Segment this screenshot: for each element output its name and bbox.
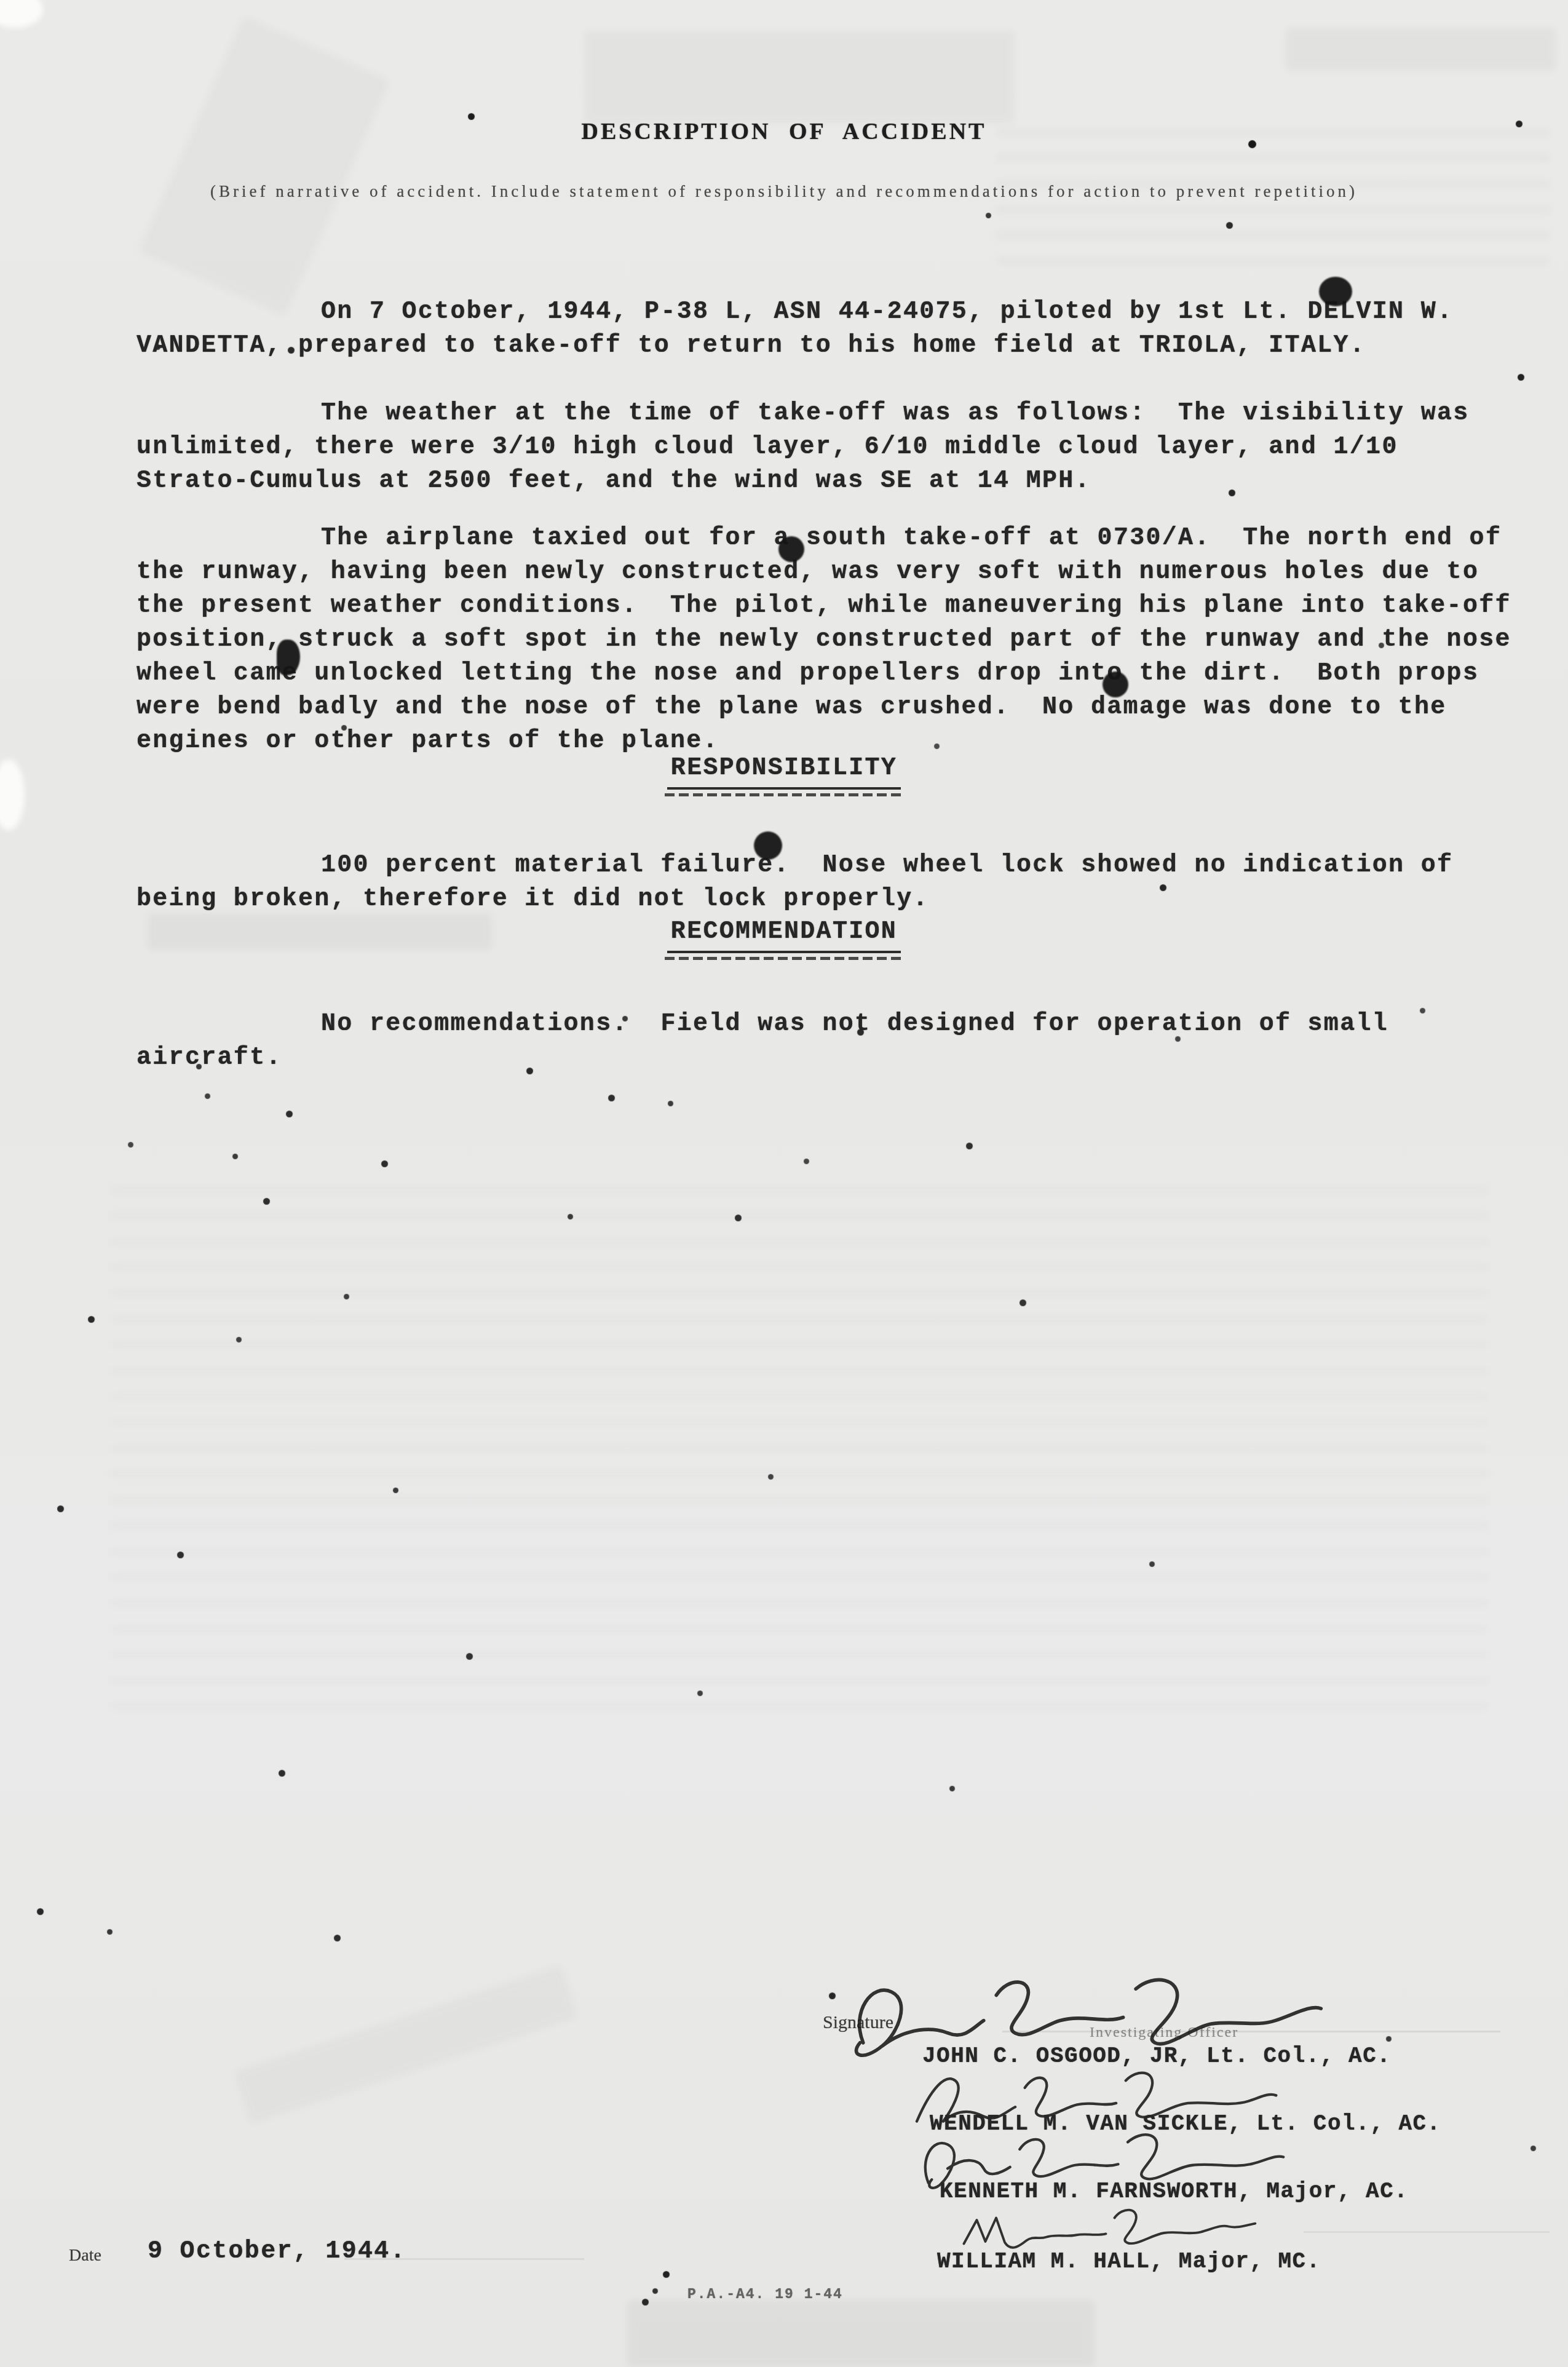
- responsibility-heading-text: RESPONSIBILITY: [667, 751, 901, 790]
- narrative-paragraph-1: On 7 October, 1944, P-38 L, ASN 44-24075…: [137, 295, 1517, 363]
- typed-name-farnsworth: KENNETH M. FARNSWORTH, Major, AC.: [940, 2178, 1408, 2205]
- dust-specks: [0, 0, 4, 4]
- typed-name-osgood: JOHN C. OSGOOD, JR, Lt. Col., AC.: [922, 2043, 1391, 2070]
- signature-rule: [1304, 2231, 1550, 2233]
- recommendation-heading-text: RECOMMENDATION: [667, 915, 901, 953]
- typed-name-van-sickle: WENDELL M. VAN SICKLE, Lt. Col., AC.: [930, 2111, 1441, 2138]
- ink-blot: [778, 536, 804, 562]
- ink-blot: [1319, 277, 1352, 306]
- date-rule: [344, 2258, 584, 2260]
- ghost-bleedthrough: [234, 1965, 578, 2125]
- heading-dashed-underline: [665, 793, 903, 796]
- ink-blot: [1103, 672, 1128, 697]
- ghost-bleedthrough: [111, 1187, 1488, 1728]
- page-title: DESCRIPTION OF ACCIDENT: [0, 118, 1568, 145]
- scan-white-patch: [0, 0, 43, 28]
- responsibility-section-heading: RESPONSIBILITY: [0, 751, 1568, 796]
- date-value: 9 October, 1944.: [148, 2235, 406, 2269]
- ink-blot: [754, 831, 782, 860]
- scanned-accident-report-page: DESCRIPTION OF ACCIDENT (Brief narrative…: [0, 0, 1568, 2367]
- recommendation-section-heading: RECOMMENDATION: [0, 915, 1568, 960]
- date-label: Date: [69, 2246, 101, 2266]
- typed-name-hall: WILLIAM M. HALL, Major, MC.: [937, 2248, 1321, 2275]
- narrative-paragraph-3: The airplane taxied out for a south take…: [137, 521, 1517, 758]
- form-mark: P.A.-A4. 19 1-44: [687, 2278, 843, 2312]
- ghost-bleedthrough: [1285, 28, 1556, 71]
- ghost-bleedthrough: [584, 31, 1015, 123]
- ghost-bleedthrough: [139, 15, 390, 316]
- narrative-paragraph-2: The weather at the time of take-off was …: [137, 397, 1517, 498]
- heading-dashed-underline: [665, 957, 903, 960]
- responsibility-paragraph: 100 percent material failure. Nose wheel…: [137, 849, 1517, 916]
- recommendation-paragraph: No recommendations. Field was not design…: [137, 1007, 1517, 1075]
- page-subtitle: (Brief narrative of accident. Include st…: [0, 182, 1568, 201]
